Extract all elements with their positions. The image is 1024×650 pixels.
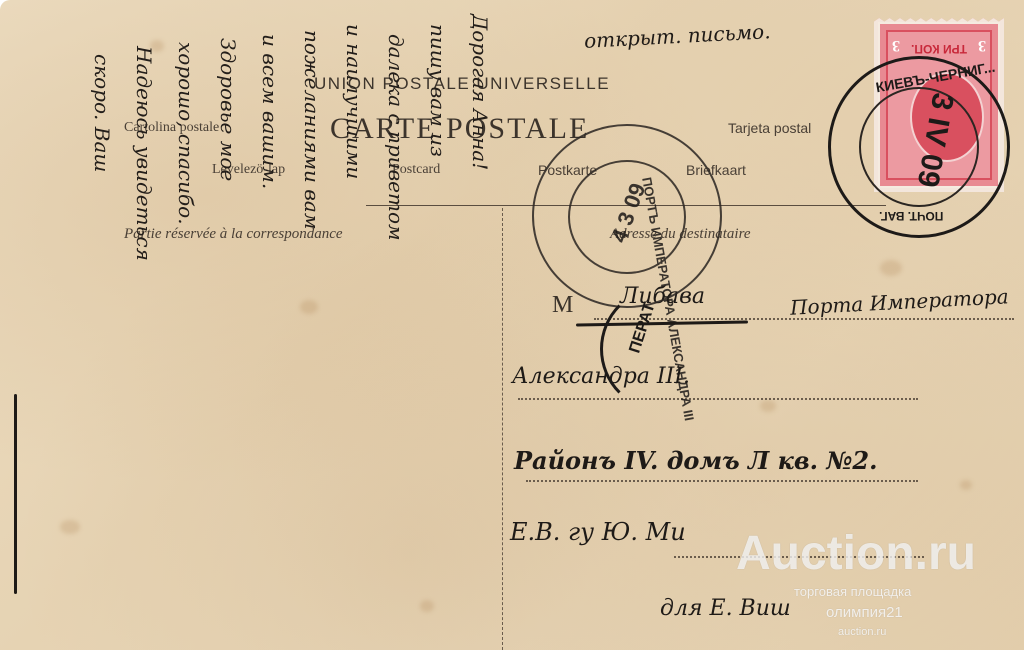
addressee-prefix: M [552, 292, 573, 319]
watermark-brand: Auction.ru [736, 526, 976, 581]
address-line-3 [526, 480, 918, 482]
signature-stroke [14, 394, 17, 594]
address-port: Порта Императора [790, 284, 1010, 319]
address-district: Районъ IV. домъ Л кв. №2. [514, 446, 877, 475]
postmark-partial: ПЕРАТ [600, 286, 726, 412]
stain [880, 260, 902, 276]
stamp-value-text: ТРИ КОП. [888, 42, 990, 56]
message-line: далека с приветом [384, 34, 408, 241]
stain [960, 480, 972, 490]
message-area: Дорогая Анна! пишу вам из далека с приве… [40, 14, 500, 650]
message-line: хорошо, спасибо. [174, 42, 198, 225]
address-for: для Е. Виш [660, 596, 791, 621]
watermark-subtitle: торговая площадка [794, 584, 911, 599]
message-line: пожеланиями вам [300, 30, 324, 229]
postcard-back: UNION POSTALE UNIVERSELLE CARTE POSTALE … [0, 0, 1024, 650]
message-line: и всем вашим. [258, 34, 282, 189]
message-line: пишу вам из [426, 24, 450, 157]
stamp-denomination: 3 [892, 36, 900, 54]
stain [760, 400, 776, 412]
address-line-2 [518, 398, 918, 400]
handwritten-note: открыт. письмо. [583, 19, 771, 53]
postmark-kiev: КИЕВЪ-ЧЕРНИГ... 3 IV 09 ПОЧТ. ВАГ. [828, 56, 1010, 238]
postmark-port: ПОРТЪ ИМПЕРАТОРА АЛЕКСАНДРА III 4 3 09 [532, 124, 722, 308]
message-line: и наилучшими [342, 24, 366, 179]
message-line: скоро. Ваш [90, 54, 114, 172]
divider-line [502, 208, 503, 650]
postmark-text: ПЕРАТ [626, 301, 659, 356]
postmark-bottom-text: ПОЧТ. ВАГ. [879, 209, 943, 223]
watermark-seller: олимпия21 [826, 604, 903, 621]
message-line: Дорогая Анна! [468, 14, 492, 170]
stamp-denomination: 3 [978, 36, 986, 54]
watermark-url: auction.ru [838, 626, 886, 638]
address-recipient: Е.В. гу Ю. Ми [510, 518, 686, 546]
message-line: Здоровье мое [216, 38, 240, 181]
label-tarjeta: Tarjeta postal [728, 120, 811, 136]
message-line: Надеюсь увидеться [132, 46, 156, 261]
